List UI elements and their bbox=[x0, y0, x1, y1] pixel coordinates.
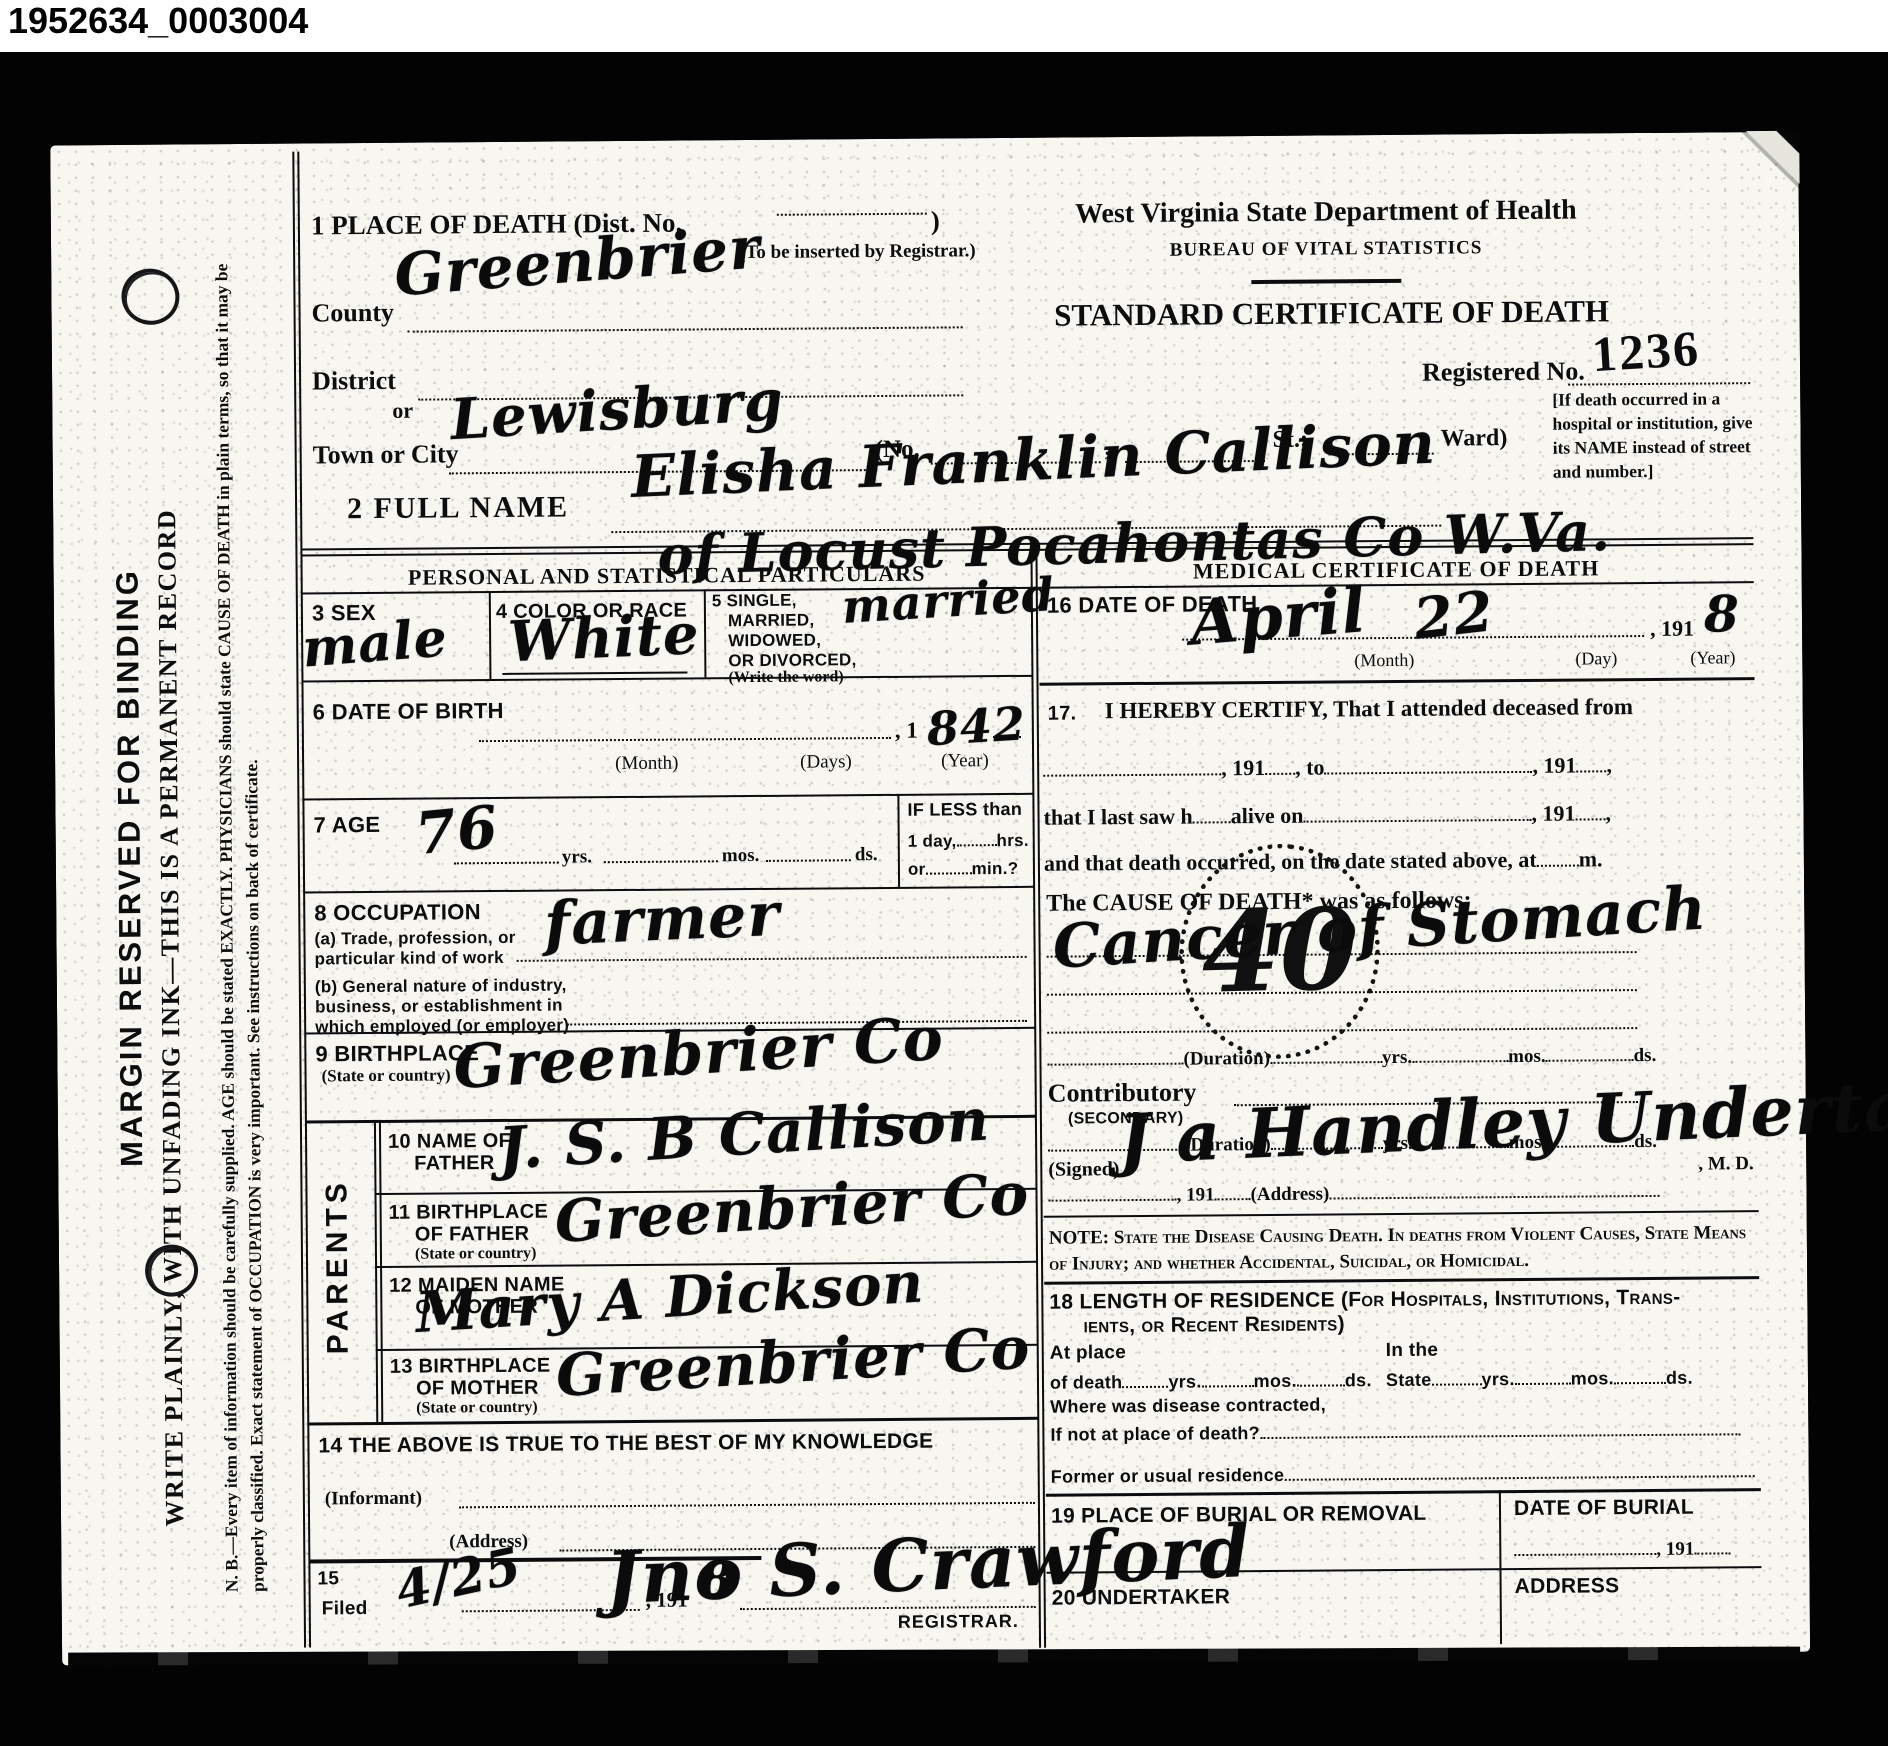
dob-label: 6 DATE OF BIRTH bbox=[313, 699, 504, 724]
marital-label-1: 5 SINGLE, bbox=[712, 592, 797, 611]
father-name-label-1: 10 NAME OF bbox=[388, 1131, 511, 1153]
signed-address-label: (Address) bbox=[1250, 1184, 1329, 1207]
district-label: District bbox=[312, 367, 396, 395]
father-birthplace-label-1: 11 BIRTHPLACE bbox=[389, 1202, 549, 1224]
age-value: 76 bbox=[413, 797, 501, 865]
punch-mark bbox=[141, 1241, 202, 1301]
father-name-label-2: FATHER bbox=[414, 1153, 494, 1175]
residence-mos-2: mos. bbox=[1571, 1368, 1614, 1389]
margin-nb-text: N. B.—Every item of information should b… bbox=[208, 202, 271, 1592]
date-of-death-day-value: 22 bbox=[1411, 582, 1497, 649]
residence-yrs-1: yrs. bbox=[1168, 1372, 1201, 1393]
age-ds-label: ds. bbox=[855, 845, 878, 865]
last-saw-year: , 191 bbox=[1531, 800, 1575, 826]
dob-days-label: (Days) bbox=[800, 752, 852, 772]
date-of-death-year-printed: , 191 bbox=[1650, 617, 1694, 640]
department-title: West Virginia State Department of Health bbox=[1031, 195, 1621, 229]
dod-day-label: (Day) bbox=[1575, 649, 1617, 668]
registered-no-value: 1236 bbox=[1590, 322, 1701, 381]
district-or-label: or bbox=[392, 399, 413, 422]
marital-value: married bbox=[841, 570, 1056, 631]
signed-label: (Signed) bbox=[1048, 1159, 1119, 1181]
birthplace-state-note: (State or country) bbox=[321, 1066, 450, 1085]
marital-label-2: MARRIED, bbox=[728, 612, 815, 631]
father-birthplace-value: Greenbrier Co bbox=[553, 1163, 1031, 1252]
m-label: m. bbox=[1579, 846, 1603, 872]
one-day-label: 1 day, bbox=[908, 832, 957, 852]
age-yrs-label: yrs. bbox=[562, 847, 592, 867]
county-label: County bbox=[311, 299, 394, 327]
age-mos-label: mos. bbox=[722, 846, 760, 866]
occupation-a2: particular kind of work bbox=[315, 949, 504, 968]
date-of-death-month-value: April bbox=[1188, 577, 1369, 656]
ward-label: Ward) bbox=[1440, 426, 1507, 452]
registrar-note: (To be inserted by Registrar.) bbox=[739, 241, 976, 263]
residence-mos-1: mos. bbox=[1254, 1371, 1297, 1392]
certify-comma-1: , bbox=[1606, 752, 1612, 778]
dod-year-label: (Year) bbox=[1690, 648, 1735, 667]
burial-year: , 191 bbox=[1656, 1539, 1694, 1561]
dob-month-label: (Month) bbox=[615, 754, 678, 774]
or-label-small: or bbox=[908, 860, 926, 880]
signed-year: , 191 bbox=[1176, 1184, 1214, 1206]
state-label: State bbox=[1386, 1370, 1432, 1391]
occupation-label: 8 OCCUPATION bbox=[314, 900, 481, 924]
certificate-title: STANDARD CERTIFICATE OF DEATH bbox=[1031, 295, 1631, 332]
filed-date-value: 4/25 bbox=[391, 1539, 526, 1618]
alive-on-text: alive on bbox=[1231, 803, 1304, 830]
bureau-rule bbox=[1251, 279, 1401, 284]
column-divider bbox=[1030, 543, 1046, 1648]
fullname-label: 2 FULL NAME bbox=[347, 491, 569, 524]
scan-id-label: 1952634_0003004 bbox=[8, 2, 308, 40]
last-saw-text: that I last saw h bbox=[1043, 803, 1192, 830]
parents-label: PARENTS bbox=[320, 1178, 355, 1354]
residence-label-1: 18 LENGTH OF RESIDENCE (For Hospitals, I… bbox=[1049, 1287, 1680, 1314]
certify-to: , to bbox=[1295, 754, 1325, 780]
scanned-death-certificate-page: 1952634_0003004 MARGIN RESERVED FOR BIND… bbox=[0, 0, 1888, 1746]
former-residence-label: Former or usual residence bbox=[1051, 1465, 1285, 1488]
margin-plainly-text: WRITE PLAINLY, WITH UNFADING INK—THIS IS… bbox=[152, 509, 190, 1527]
town-label: Town or City bbox=[313, 440, 459, 468]
registrar-label: REGISTRAR. bbox=[898, 1612, 1019, 1632]
bureau-title: BUREAU OF VITAL STATISTICS bbox=[1141, 238, 1511, 261]
occupation-b1: (b) General nature of industry, bbox=[315, 976, 567, 996]
hrs-label: hrs. bbox=[996, 831, 1029, 851]
hospital-note: [If death occurred in a hospital or inst… bbox=[1552, 386, 1773, 484]
father-birthplace-label-2: OF FATHER bbox=[415, 1224, 530, 1246]
place-of-death-close: ) bbox=[931, 207, 940, 235]
sex-value: male bbox=[300, 611, 449, 677]
age-label: 7 AGE bbox=[314, 813, 381, 837]
punch-mark bbox=[116, 263, 186, 331]
registered-no-label: Registered No. bbox=[1422, 357, 1585, 386]
contracted-label-1: Where was disease contracted, bbox=[1050, 1396, 1326, 1417]
md-label: , M. D. bbox=[1698, 1154, 1754, 1174]
residence-ds-1: ds. bbox=[1345, 1370, 1372, 1391]
in-the-label: In the bbox=[1386, 1341, 1439, 1361]
mother-birthplace-label-1: 13 BIRTHPLACE bbox=[390, 1356, 551, 1378]
duration-mos: mos. bbox=[1508, 1046, 1546, 1068]
truth-statement-label: 14 THE ABOVE IS TRUE TO THE BEST OF MY K… bbox=[318, 1431, 933, 1458]
undertaker-address-label: ADDRESS bbox=[1515, 1575, 1620, 1598]
occupation-value: farmer bbox=[543, 884, 781, 957]
certify-year-2: , 191 bbox=[1532, 752, 1576, 778]
mother-birthplace-state-note: (State or country) bbox=[416, 1400, 538, 1418]
margin-binding-text: MARGIN RESERVED FOR BINDING bbox=[110, 568, 151, 1167]
scan-black-background: MARGIN RESERVED FOR BINDING WRITE PLAINL… bbox=[0, 52, 1888, 1746]
at-place-label: At place bbox=[1050, 1343, 1126, 1364]
burial-date-label: DATE OF BURIAL bbox=[1514, 1497, 1694, 1520]
mother-birthplace-label-2: OF MOTHER bbox=[416, 1378, 539, 1400]
dob-printed-prefix: , 1 bbox=[895, 719, 918, 743]
filed-label: Filed bbox=[322, 1599, 368, 1619]
if-less-label: IF LESS than bbox=[907, 800, 1022, 820]
occupation-b2: business, or establishment in bbox=[315, 997, 563, 1017]
residence-label-2: ients, or Recent Residents) bbox=[1083, 1313, 1344, 1337]
of-death-label: of death bbox=[1050, 1372, 1123, 1394]
certify-number: 17. bbox=[1048, 703, 1077, 724]
certificate-paper: MARGIN RESERVED FOR BINDING WRITE PLAINL… bbox=[50, 132, 1810, 1666]
certify-year-1: , 191 bbox=[1221, 755, 1265, 781]
occupation-a1: (a) Trade, profession, or bbox=[314, 929, 515, 948]
min-label: min.? bbox=[971, 859, 1018, 879]
duration-yrs: yrs. bbox=[1382, 1047, 1412, 1069]
note-text: NOTE: State the Disease Causing Death. I… bbox=[1049, 1220, 1757, 1278]
signed-signature: J a Handley Undertaker bbox=[1117, 1066, 1888, 1177]
marital-label-3: WIDOWED, bbox=[728, 631, 821, 650]
dod-month-label: (Month) bbox=[1354, 651, 1414, 670]
father-birthplace-state-note: (State or country) bbox=[415, 1246, 537, 1264]
parents-inner-rule bbox=[374, 1120, 383, 1422]
residence-yrs-2: yrs. bbox=[1481, 1369, 1514, 1390]
dog-ear-fold bbox=[1731, 131, 1800, 202]
certify-text: I HEREBY CERTIFY, That I attended deceas… bbox=[1105, 695, 1633, 723]
contracted-label-2: If not at place of death? bbox=[1050, 1423, 1260, 1446]
certificate-form: 1 PLACE OF DEATH (Dist. No. ) (To be ins… bbox=[298, 138, 1762, 1653]
duration-ds: ds. bbox=[1633, 1045, 1656, 1067]
dob-value: 842 bbox=[925, 699, 1027, 753]
marital-label-4: OR DIVORCED, bbox=[728, 651, 856, 670]
certify-comma-2: , bbox=[1605, 800, 1611, 826]
residence-ds-2: ds. bbox=[1666, 1368, 1693, 1389]
filed-number: 15 bbox=[317, 1569, 339, 1589]
informant-label: (Informant) bbox=[325, 1489, 422, 1510]
date-of-death-year-value: 8 bbox=[1704, 588, 1740, 641]
race-value: White bbox=[507, 605, 701, 672]
